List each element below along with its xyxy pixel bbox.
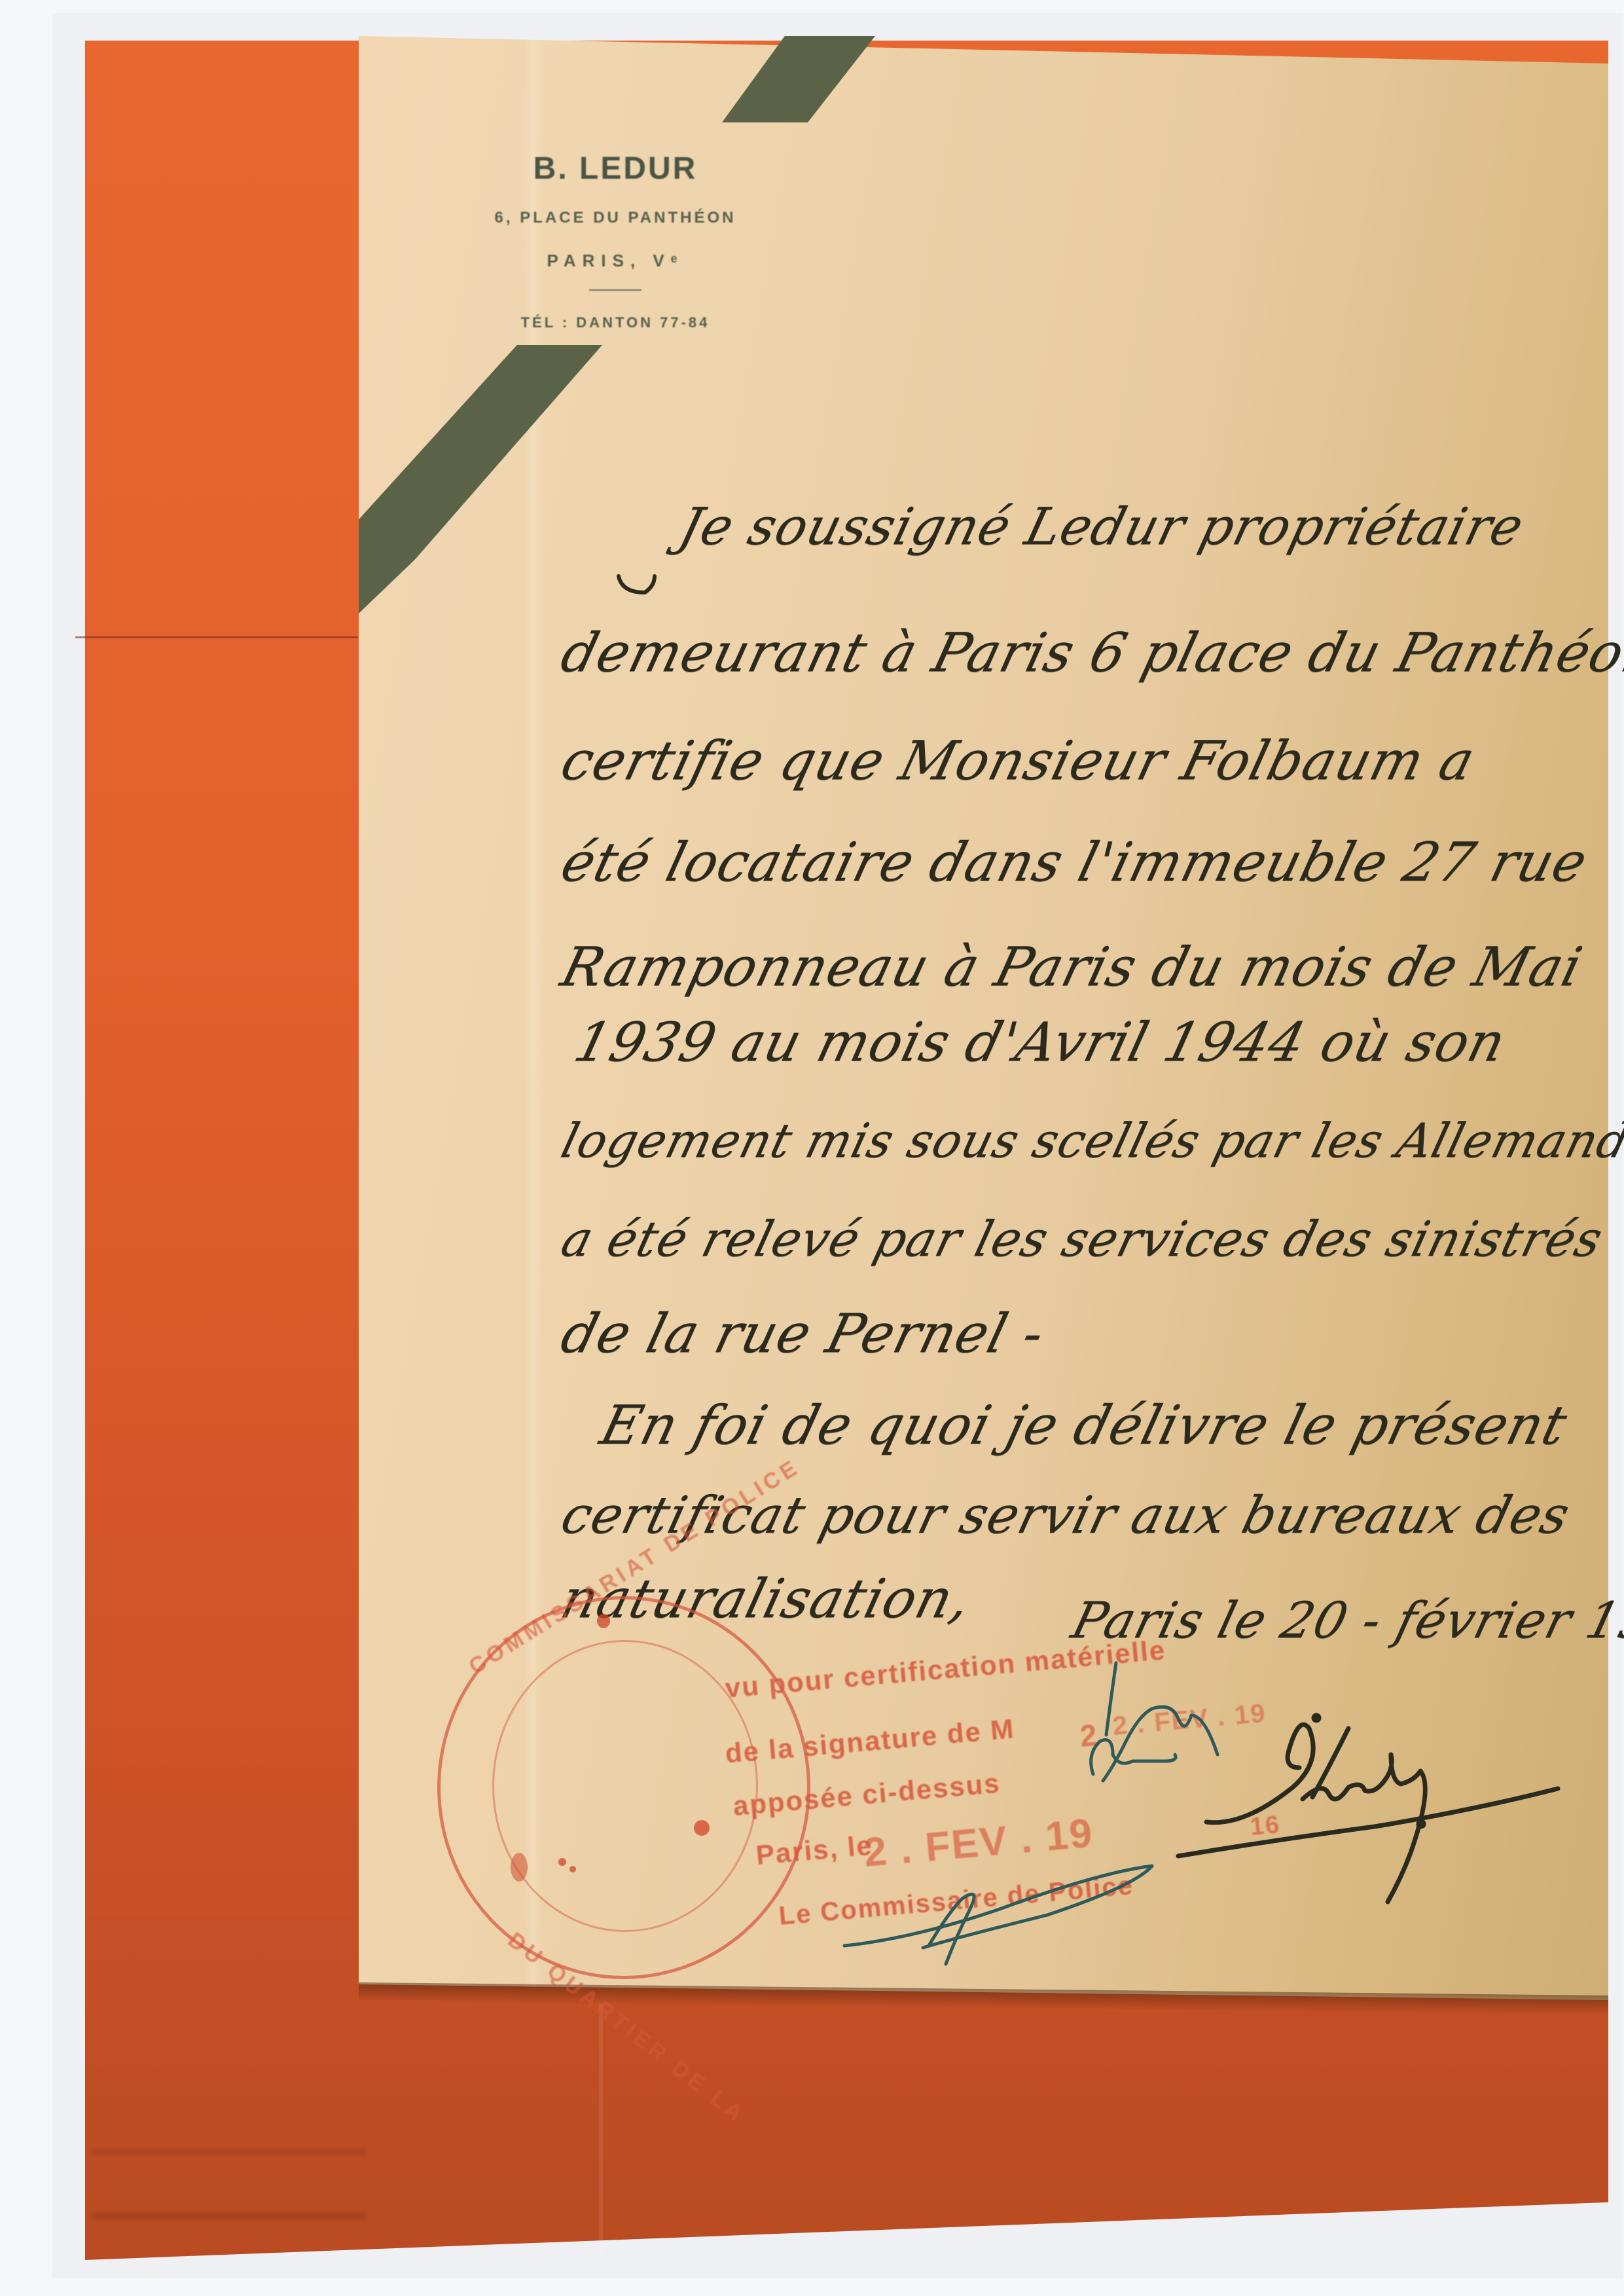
commissaire-countersignature xyxy=(844,1663,1218,1964)
opening-flourish xyxy=(619,576,655,592)
ledur-signature xyxy=(1178,1715,1558,1902)
signatures-ink-layer xyxy=(0,0,1624,2296)
